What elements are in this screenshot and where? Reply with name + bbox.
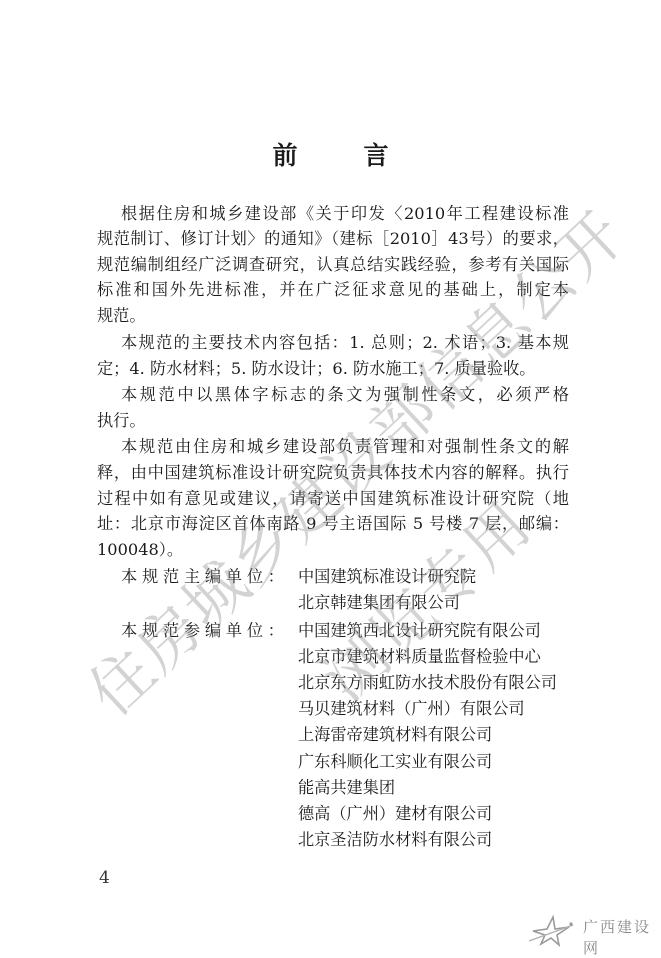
paragraph-1-line-1: 根据住房和城乡建设部《关于印发〈2010年工程建设标准 (121, 204, 569, 224)
participating-editor-unit: 广东科顺化工实业有限公司 (298, 752, 492, 772)
paragraph-3-line-1: 本规范中以黑体字标志的条文为强制性条文，必须严格 (121, 385, 569, 405)
paragraph-4-line-5: 100048）。 (97, 540, 569, 560)
paragraph-1-line-4: 标准和国外先进标准，并在广泛征求意见的基础上，制定本 (97, 280, 569, 300)
paragraph-4-line-4: 址：北京市海淀区首体南路 9 号主语国际 5 号楼 7 层，邮编： (97, 514, 569, 534)
title-char-2: 言 (364, 136, 389, 172)
paragraph-1-line-2: 规范制订、修订计划〉的通知》（建标［2010］43号）的要求， (97, 229, 569, 249)
site-logo: 广西建设网 (525, 913, 655, 951)
paragraph-4-line-1: 本规范由住房和城乡建设部负责管理和对强制性条文的解 (121, 437, 569, 457)
paragraph-3-line-2: 执行。 (97, 411, 569, 431)
participating-editor-unit: 北京市建筑材料质量监督检验中心 (298, 647, 541, 667)
title-char-1: 前 (272, 136, 297, 172)
participating-editor-label: 本规范参编单位： (121, 621, 284, 641)
chief-editor-unit: 中国建筑标准设计研究院 (298, 567, 476, 587)
paragraph-2-line-2: 定；4. 防水材料；5. 防水设计；6. 防水施工；7. 质量验收。 (97, 359, 569, 379)
participating-editor-unit: 上海雷帝建筑材料有限公司 (298, 725, 492, 745)
paragraph-4-line-2: 释，由中国建筑标准设计研究院负责具体技术内容的解释。执行 (97, 463, 569, 483)
paragraph-1-line-5: 规范。 (97, 306, 569, 326)
paragraph-2-line-1: 本规范的主要技术内容包括：1. 总则；2. 术语；3. 基本规 (121, 333, 569, 353)
star-swoosh-icon (525, 913, 577, 949)
participating-editor-unit: 中国建筑西北设计研究院有限公司 (298, 621, 541, 641)
paragraph-1-line-3: 规范编制组经广泛调查研究，认真总结实践经验，参考有关国际 (97, 255, 569, 275)
chief-editor-unit: 北京韩建集团有限公司 (298, 593, 460, 613)
page-number: 4 (99, 868, 110, 888)
page-title: 前言 (0, 136, 661, 172)
participating-editor-unit: 德高（广州）建材有限公司 (298, 804, 492, 824)
participating-editor-unit: 北京圣洁防水材料有限公司 (298, 830, 492, 850)
logo-name: 广西建设网 (583, 916, 655, 958)
paragraph-4-line-3: 过程中如有意见或建议，请寄送中国建筑标准设计研究院（地 (97, 489, 569, 509)
document-page: 前言 根据住房和城乡建设部《关于印发〈2010年工程建设标准 规范制订、修订计划… (0, 0, 661, 958)
participating-editor-unit: 北京东方雨虹防水技术股份有限公司 (298, 673, 557, 693)
participating-editor-unit: 马贝建筑材料（广州）有限公司 (298, 699, 525, 719)
chief-editor-label: 本规范主编单位： (121, 567, 284, 587)
participating-editor-unit: 能高共建集团 (298, 778, 395, 798)
